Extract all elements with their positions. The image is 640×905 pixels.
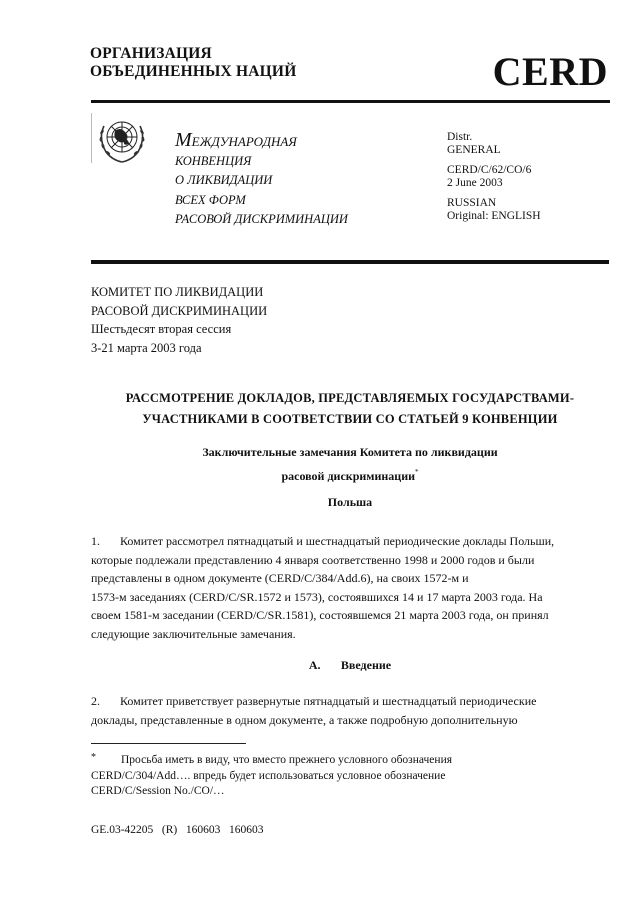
country-heading: Польша	[91, 495, 609, 510]
paragraph-2: 2.Комитет приветствует развернутые пятна…	[91, 692, 611, 729]
convention-line-2: КОНВЕНЦИЯ	[175, 152, 348, 172]
paragraph-1-text-1: Комитет рассмотрел пятнадцатый и шестнад…	[120, 534, 554, 548]
organization-line-2: ОБЪЕДИНЕННЫХ НАЦИЙ	[90, 63, 296, 81]
document-metadata: Distr. GENERAL CERD/C/62/CO/6 2 June 200…	[447, 131, 541, 230]
distribution-label: Distr.	[447, 131, 541, 144]
document-language: RUSSIAN	[447, 197, 541, 210]
session-dates: 3-21 марта 2003 года	[91, 339, 267, 358]
session-name: Шестьдесят вторая сессия	[91, 320, 267, 339]
section-a-heading: A.Введение	[91, 658, 609, 673]
convention-line-1-rest: ЕЖДУНАРОДНАЯ	[192, 134, 297, 149]
paragraph-1: 1.Комитет рассмотрел пятнадцатый и шестн…	[91, 532, 611, 643]
subtitle-line-1: Заключительные замечания Комитета по лик…	[91, 442, 609, 462]
convention-initial: М	[175, 129, 192, 151]
organization-name: ОРГАНИЗАЦИЯ ОБЪЕДИНЕННЫХ НАЦИЙ	[90, 45, 296, 81]
convention-line-4: ВСЕХ ФОРМ	[175, 191, 348, 211]
footnote-reference[interactable]: *	[415, 468, 419, 476]
paragraph-number: 2.	[91, 692, 120, 711]
distribution-value: GENERAL	[447, 144, 541, 157]
convention-line-1: МЕЖДУНАРОДНАЯ	[175, 131, 348, 152]
subtitle-line-2: расовой дискриминации*	[91, 462, 609, 486]
section-title: Введение	[341, 658, 391, 672]
paragraph-number: 1.	[91, 532, 120, 551]
paragraph-1-line-3: представлены в одном документе (CERD/C/3…	[91, 569, 611, 588]
footnote-line-1: *Просьба иметь в виду, что вместо прежне…	[91, 753, 452, 769]
convention-name: МЕЖДУНАРОДНАЯ КОНВЕНЦИЯ О ЛИКВИДАЦИИ ВСЕ…	[175, 131, 348, 230]
section-letter: A.	[309, 658, 341, 673]
original-language: Original: ENGLISH	[447, 210, 541, 223]
organization-line-1: ОРГАНИЗАЦИЯ	[90, 45, 296, 63]
paragraph-2-text-1: Комитет приветствует развернутые пятнадц…	[120, 694, 536, 708]
paragraph-1-line-4: 1573-м заседаниях (CERD/C/SR.1572 и 1573…	[91, 588, 611, 607]
committee-line-2: РАСОВОЙ ДИСКРИМИНАЦИИ	[91, 302, 267, 321]
subtitle-line-2-text: расовой дискриминации	[281, 469, 415, 483]
paragraph-2-line-2: доклады, представленные в одном документ…	[91, 711, 611, 730]
symbol-and-date: CERD/C/62/CO/6 2 June 2003	[447, 164, 541, 190]
document-title: РАССМОТРЕНИЕ ДОКЛАДОВ, ПРЕДСТАВЛЯЕМЫХ ГО…	[91, 388, 609, 430]
document-subtitle: Заключительные замечания Комитета по лик…	[91, 442, 609, 486]
committee-line-1: КОМИТЕТ ПО ЛИКВИДАЦИИ	[91, 283, 267, 302]
convention-line-5: РАСОВОЙ ДИСКРИМИНАЦИИ	[175, 210, 348, 230]
title-line-1: РАССМОТРЕНИЕ ДОКЛАДОВ, ПРЕДСТАВЛЯЕМЫХ ГО…	[91, 388, 609, 409]
distribution: Distr. GENERAL	[447, 131, 541, 157]
paragraph-1-line-1: 1.Комитет рассмотрел пятнадцатый и шестн…	[91, 532, 611, 551]
convention-line-3: О ЛИКВИДАЦИИ	[175, 171, 348, 191]
document-series-symbol: CERD	[493, 52, 608, 92]
un-emblem-icon	[95, 114, 149, 164]
paragraph-1-line-6: следующие заключительные замечания.	[91, 625, 611, 644]
emblem-divider	[91, 113, 92, 163]
document-symbol: CERD/C/62/CO/6	[447, 164, 541, 177]
document-job-number: GE.03-42205 (R) 160603 160603	[91, 824, 264, 836]
footnote-line-2: CERD/C/304/Add…. впредь будет использова…	[91, 769, 452, 785]
footnote-mark: *	[91, 750, 121, 766]
footnote-text-1: Просьба иметь в виду, что вместо прежнег…	[121, 754, 452, 766]
paragraph-1-line-5: своем 1581-м заседании (CERD/C/SR.1581),…	[91, 606, 611, 625]
footnote-separator	[91, 743, 246, 744]
committee-info: КОМИТЕТ ПО ЛИКВИДАЦИИ РАСОВОЙ ДИСКРИМИНА…	[91, 283, 267, 357]
language-info: RUSSIAN Original: ENGLISH	[447, 197, 541, 223]
footnote-line-3: CERD/C/Session No./CO/…	[91, 784, 452, 800]
paragraph-2-line-1: 2.Комитет приветствует развернутые пятна…	[91, 692, 611, 711]
header-thick-rule	[91, 260, 609, 264]
paragraph-1-line-2: которые подлежали представлению 4 января…	[91, 551, 611, 570]
footnote: *Просьба иметь в виду, что вместо прежне…	[91, 753, 452, 800]
header-rule	[91, 100, 610, 103]
title-line-2: УЧАСТНИКАМИ В СООТВЕТСТВИИ СО СТАТЬЕЙ 9 …	[91, 409, 609, 430]
document-date: 2 June 2003	[447, 177, 541, 190]
